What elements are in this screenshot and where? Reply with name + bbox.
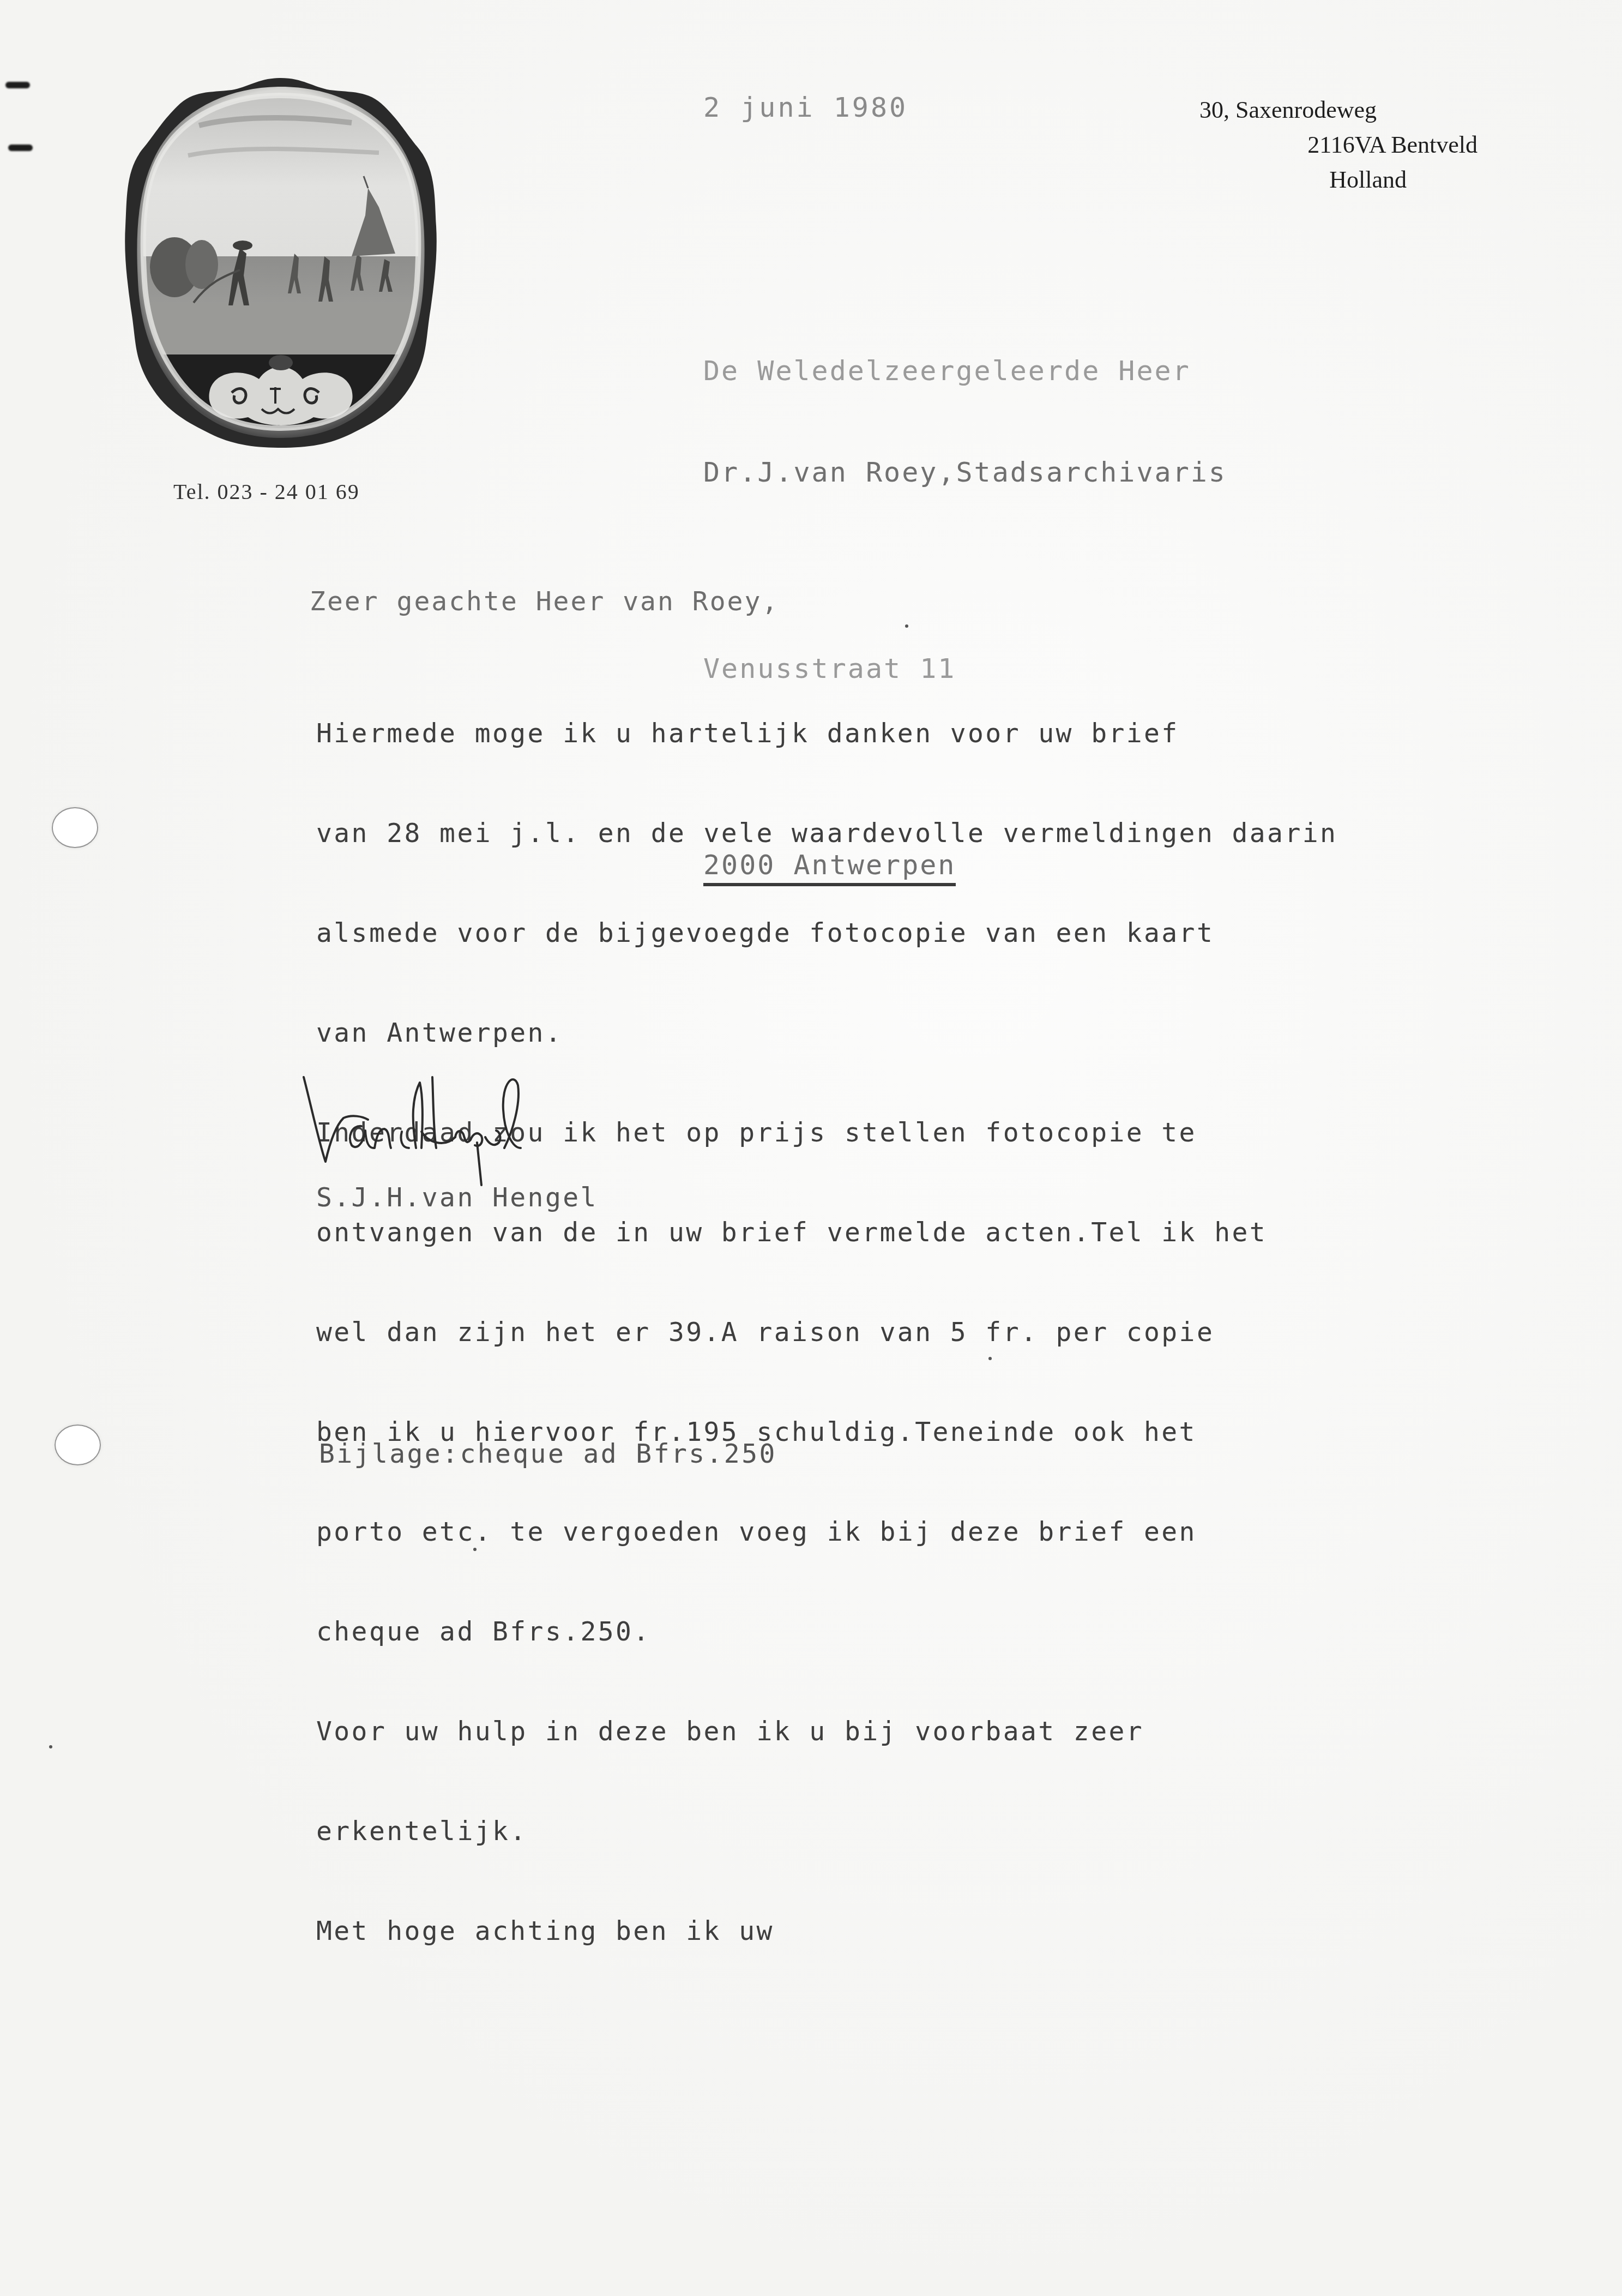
letter-body: Hiermede moge ik u hartelijk danken voor… — [316, 651, 1337, 2015]
body-line: van Antwerpen. — [316, 1017, 1337, 1050]
sender-phone: Tel. 023 - 24 01 69 — [173, 479, 360, 504]
body-line: cheque ad Bfrs.250. — [316, 1615, 1337, 1649]
closing-line: Met hoge achting ben ik uw — [316, 1915, 1337, 1948]
body-line: erkentelijk. — [316, 1815, 1337, 1848]
body-line: alsmede voor de bijgevoegde fotocopie va… — [316, 917, 1337, 950]
sender-street: 30, Saxenrodeweg — [1172, 93, 1478, 128]
body-line: wel dan zijn het er 39.A raison van 5 fr… — [316, 1316, 1337, 1349]
sender-address: 30, Saxenrodeweg 2116VA Bentveld Holland — [1172, 93, 1478, 197]
recipient-title: De Weledelzeergeleerde Heer — [703, 354, 1227, 388]
enclosure-note: Bijlage:cheque ad Bfrs.250 — [319, 1439, 777, 1469]
margin-mark — [8, 145, 33, 151]
paper-speck — [49, 1745, 52, 1748]
paper-speck — [988, 1357, 992, 1360]
letter-date: 2 juni 1980 — [703, 92, 908, 123]
paper-speck — [905, 624, 908, 628]
typed-signature-name: S.J.H.van Hengel — [316, 1182, 598, 1213]
recipient-name: Dr.J.van Roey,Stadsarchivaris — [703, 455, 1227, 489]
paper-speck — [473, 1548, 477, 1551]
body-line: porto etc. te vergoeden voeg ik bij deze… — [316, 1516, 1337, 1549]
letter-page: 30, Saxenrodeweg 2116VA Bentveld Holland… — [0, 0, 1622, 2296]
body-line: Voor uw hulp in deze ben ik u bij voorba… — [316, 1715, 1337, 1748]
body-line: van 28 mei j.l. en de vele waardevolle v… — [316, 817, 1337, 850]
sender-postcode-city: 2116VA Bentveld — [1172, 128, 1478, 163]
body-line: Hiermede moge ik u hartelijk danken voor… — [316, 717, 1337, 750]
letterhead-emblem-icon — [123, 74, 439, 450]
body-line: ontvangen van de in uw brief vermelde ac… — [316, 1216, 1337, 1249]
sender-country: Holland — [1172, 163, 1478, 197]
margin-mark — [5, 82, 30, 88]
salutation: Zeer geachte Heer van Roey, — [310, 586, 779, 617]
punch-hole — [52, 807, 98, 848]
punch-hole — [55, 1425, 101, 1465]
handwritten-signature-icon — [297, 1066, 602, 1186]
